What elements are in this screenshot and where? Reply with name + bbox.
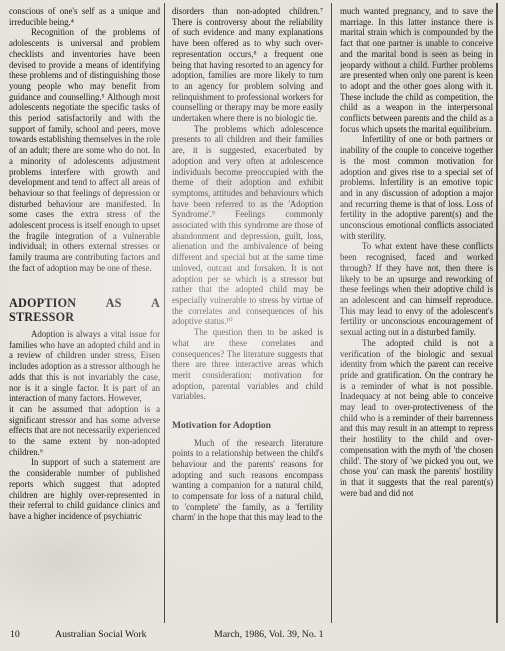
text-column-1: conscious of one's self as a unique and … — [9, 6, 160, 630]
subsection-heading: Motivation for Adoption — [172, 420, 323, 432]
article-paragraph: To what extent have these conflicts been… — [340, 241, 493, 337]
article-paragraph: The problems which adolescence presents … — [172, 124, 323, 327]
article-paragraph: Recognition of the problems of adolescen… — [9, 27, 160, 273]
journal-name: Australian Social Work — [55, 629, 147, 640]
text-column-2: disorders than non-adopted children.⁷ Th… — [172, 6, 323, 630]
column-divider — [164, 3, 165, 623]
article-paragraph: The question then to be asked is what ar… — [172, 327, 323, 402]
article-paragraph: conscious of one's self as a unique and … — [9, 6, 160, 27]
column-divider — [331, 3, 332, 623]
text-column-3: much wanted pregnancy, and to save the m… — [340, 6, 493, 630]
page-footer: 10 Australian Social Work March, 1986, V… — [0, 629, 505, 645]
article-paragraph: much wanted pregnancy, and to save the m… — [340, 6, 493, 134]
page-edge-rule — [496, 3, 498, 623]
block-quote: it can be assumed that adoption is a sig… — [9, 404, 160, 458]
section-heading: ADOPTION AS A STRESSOR — [9, 296, 160, 324]
article-paragraph: Adoption is always a vital issue for fam… — [9, 329, 160, 404]
article-paragraph: The adopted child is not a verification … — [340, 338, 493, 499]
issue-date: March, 1986, Vol. 39, No. 1 — [214, 629, 324, 640]
article-paragraph: In support of such a statement are the c… — [9, 457, 160, 521]
page-number: 10 — [10, 629, 20, 640]
article-paragraph: Infertility of one or both partners or i… — [340, 134, 493, 241]
article-paragraph: Much of the research literature points t… — [172, 438, 323, 524]
article-paragraph: disorders than non-adopted children.⁷ Th… — [172, 6, 323, 124]
